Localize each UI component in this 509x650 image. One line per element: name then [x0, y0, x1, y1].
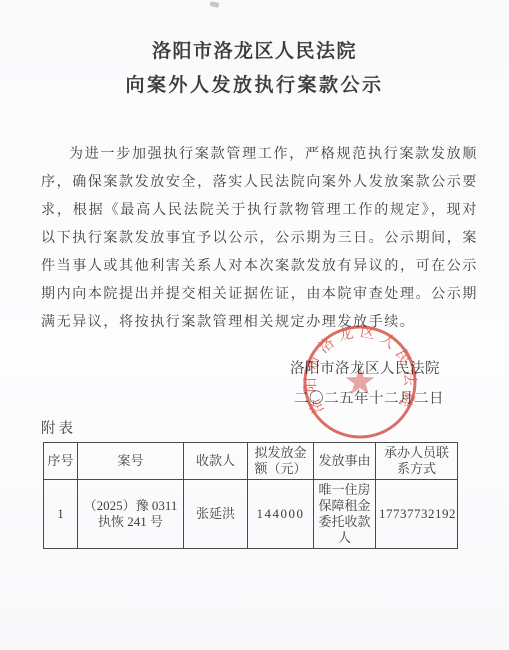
document-title-court-name: 洛阳市洛龙区人民法院	[0, 36, 509, 63]
cell-amount: 144000	[248, 480, 314, 549]
official-court-seal: 洛阳市洛龙区人民法院	[299, 321, 421, 443]
table-row: 1 （2025）豫 0311 执恢 241 号 张延洪 144000 唯一住房保…	[44, 480, 458, 549]
header-payee: 收款人	[184, 443, 248, 480]
header-serial-number: 序号	[44, 443, 78, 480]
notice-body-paragraph: 为进一步加强执行案款管理工作，严格规范执行案款发放顺序，确保案款发放安全，落实人…	[41, 141, 478, 337]
scanned-court-notice-page: 洛阳市洛龙区人民法院 向案外人发放执行案款公示 为进一步加强执行案款管理工作，严…	[0, 0, 509, 650]
cell-payee: 张延洪	[184, 480, 248, 549]
case-funds-table: 序号 案号 收款人 拟发放金额（元） 发放事由 承办人员联系方式 1 （2025…	[43, 442, 458, 549]
table-header-row: 序号 案号 收款人 拟发放金额（元） 发放事由 承办人员联系方式	[44, 443, 458, 480]
header-amount: 拟发放金额（元）	[248, 443, 314, 480]
seal-star-icon	[346, 367, 375, 394]
header-contact: 承办人员联系方式	[376, 443, 458, 480]
cell-reason: 唯一住房保障租金委托收款人	[314, 480, 376, 549]
cell-case-number: （2025）豫 0311 执恢 241 号	[78, 480, 184, 549]
document-title-notice-type: 向案外人发放执行案款公示	[0, 70, 509, 97]
cell-contact-phone: 17737732192	[376, 480, 458, 549]
cell-serial-number: 1	[44, 480, 78, 549]
header-reason: 发放事由	[314, 443, 376, 480]
scan-smudge-artifact	[210, 1, 220, 8]
header-case-number: 案号	[78, 443, 184, 480]
attachment-table-label: 附表	[41, 417, 76, 438]
